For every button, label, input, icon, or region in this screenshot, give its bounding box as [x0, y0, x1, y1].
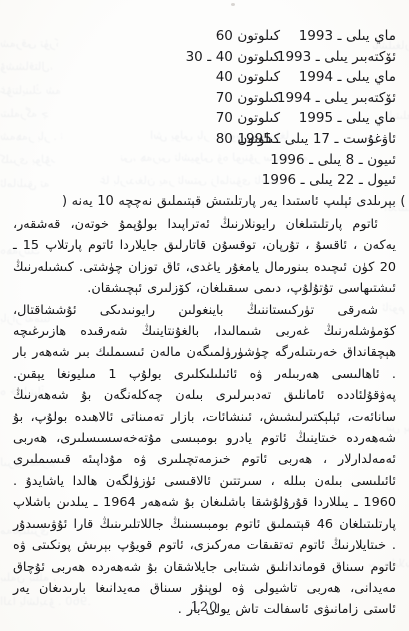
- test-yield-kilotons: 60كىلوتون: [216, 28, 280, 44]
- text-token: يىلى: [309, 172, 333, 188]
- text-token: 30: [186, 49, 203, 65]
- text-token: 8: [346, 152, 355, 168]
- test-yield-kilotons: 70كىلوتون: [216, 90, 280, 106]
- text-token: 10: [97, 194, 114, 209]
- text-token: يەنە: [72, 194, 93, 209]
- test-yield-kilotons: 40كىلوتون: [216, 69, 280, 85]
- text-token: ـ: [338, 110, 342, 126]
- test-list-row: 1996ـيىلى22ـئىيول: [13, 172, 396, 193]
- text-token: 1994: [299, 69, 333, 85]
- text-token: ماي: [374, 110, 396, 126]
- text-token: 1993: [299, 28, 333, 44]
- test-yield-kilotons: 30ـ40كىلوتون: [186, 49, 280, 65]
- test-date: 1993ـيىلىئۆكتەبىر: [277, 49, 396, 65]
- test-list-row: 40كىلوتون1994ـيىلىماي: [13, 69, 396, 90]
- text-token: 1996: [270, 152, 304, 168]
- text-token: ـ: [316, 90, 320, 106]
- text-token: ـ: [338, 28, 342, 44]
- text-token: ـ: [309, 152, 313, 168]
- text-token: (: [62, 194, 67, 209]
- text-token: ـ: [276, 131, 280, 147]
- text-token: ماي: [374, 69, 396, 85]
- text-token: كىلوتون: [237, 110, 280, 126]
- text-token: يىلى: [324, 90, 348, 106]
- text-token: ئىيون: [367, 152, 396, 168]
- book-page: شەرقى تۈركىستاننىڭ باينغولىن رايونىدۇششا…: [0, 0, 409, 631]
- test-list-row: 80كىلوتون1995ـيىلى17ـئاۋغۇست: [13, 131, 396, 152]
- text-token: كىلوتون: [237, 28, 280, 44]
- text-token: 17: [313, 131, 330, 147]
- nuclear-test-list: 60كىلوتون1993ـيىلىماي30ـ40كىلوتون1993ـيى…: [13, 28, 396, 193]
- test-list-row: 70كىلوتون1994ـيىلىئۆكتەبىر: [13, 90, 396, 111]
- text-token: 1994: [277, 90, 311, 106]
- text-token: ـ: [301, 172, 305, 188]
- text-token: 1996: [262, 172, 296, 188]
- page-number: 120: [0, 600, 409, 615]
- text-token: يىلى: [346, 110, 370, 126]
- test-date: 1994ـيىلىئۆكتەبىر: [277, 90, 396, 106]
- text-token: 40: [216, 49, 233, 65]
- underground-tests-note: (يەنە10نەچچەقېتىملىقپارتلىتىشيەرئاستىدائ…: [62, 194, 405, 209]
- text-token: كىلوتون: [237, 49, 280, 65]
- text-token: 22: [337, 172, 354, 188]
- text-token: كىلوتون: [237, 69, 280, 85]
- text-token: نەچچە: [118, 194, 152, 209]
- text-token: يىلى: [318, 152, 342, 168]
- test-date: 1996ـيىلى8ـئىيون: [270, 152, 396, 168]
- text-token: ـ: [207, 49, 211, 65]
- text-token: يىلى: [346, 28, 370, 44]
- text-token: 1993: [277, 49, 311, 65]
- text-token: ئىيول: [367, 172, 396, 188]
- body-paragraph-2: شەرقى تۈركىستاننىڭ باينغولىن رايونىدىكى …: [13, 300, 396, 621]
- text-token: ئاستىدا: [282, 194, 319, 209]
- test-date: 1995ـيىلى17ـئاۋغۇست: [237, 131, 396, 147]
- text-token: ـ: [338, 69, 342, 85]
- text-token: ئۆكتەبىر: [352, 49, 396, 65]
- text-token: ئېلىپ: [323, 194, 352, 209]
- text-token: ئاۋغۇست: [343, 131, 396, 147]
- test-list-row: 30ـ40كىلوتون1993ـيىلىئۆكتەبىر: [13, 49, 396, 70]
- text-token: يىلى: [324, 49, 348, 65]
- text-token: ـ: [359, 152, 363, 168]
- text-token: ئۆكتەبىر: [352, 90, 396, 106]
- test-date: 1996ـيىلى22ـئىيول: [262, 172, 396, 188]
- text-token: قېتىملىق: [157, 194, 202, 209]
- test-list-row: 70كىلوتون1995ـيىلىماي: [13, 110, 396, 131]
- text-token: 70: [216, 90, 233, 106]
- text-token: 60: [216, 28, 233, 44]
- test-date: 1994ـيىلىماي: [299, 69, 396, 85]
- test-list-row: 1996ـيىلى8ـئىيون: [13, 152, 396, 173]
- text-token: يىلى: [285, 131, 309, 147]
- text-token: 1995: [299, 110, 333, 126]
- text-token: ـ: [359, 172, 363, 188]
- text-token: 40: [216, 69, 233, 85]
- text-token: پارتلىتىش: [206, 194, 256, 209]
- body-paragraph-1: ئاتوم پارتلىتىلغان رايونلارنىڭ ئەتراپىدا…: [13, 214, 396, 300]
- text-token: بېرىلدى: [356, 194, 396, 209]
- text-token: 80: [216, 131, 233, 147]
- text-token: ـ: [335, 131, 339, 147]
- text-token: يىلى: [346, 69, 370, 85]
- text-token: ): [400, 194, 405, 209]
- test-list-row: 60كىلوتون1993ـيىلىماي: [13, 28, 396, 49]
- scan-speck: [231, 3, 235, 6]
- text-token: يەر: [261, 194, 278, 209]
- test-date: 1995ـيىلىماي: [299, 110, 396, 126]
- text-token: كىلوتون: [237, 90, 280, 106]
- text-token: ماي: [374, 28, 396, 44]
- test-date: 1993ـيىلىماي: [299, 28, 396, 44]
- text-token: 70: [216, 110, 233, 126]
- test-yield-kilotons: 70كىلوتون: [216, 110, 280, 126]
- text-token: ـ: [316, 49, 320, 65]
- body-text-block: ئاتوم پارتلىتىلغان رايونلارنىڭ ئەتراپىدا…: [13, 214, 396, 621]
- text-token: 1995: [237, 131, 271, 147]
